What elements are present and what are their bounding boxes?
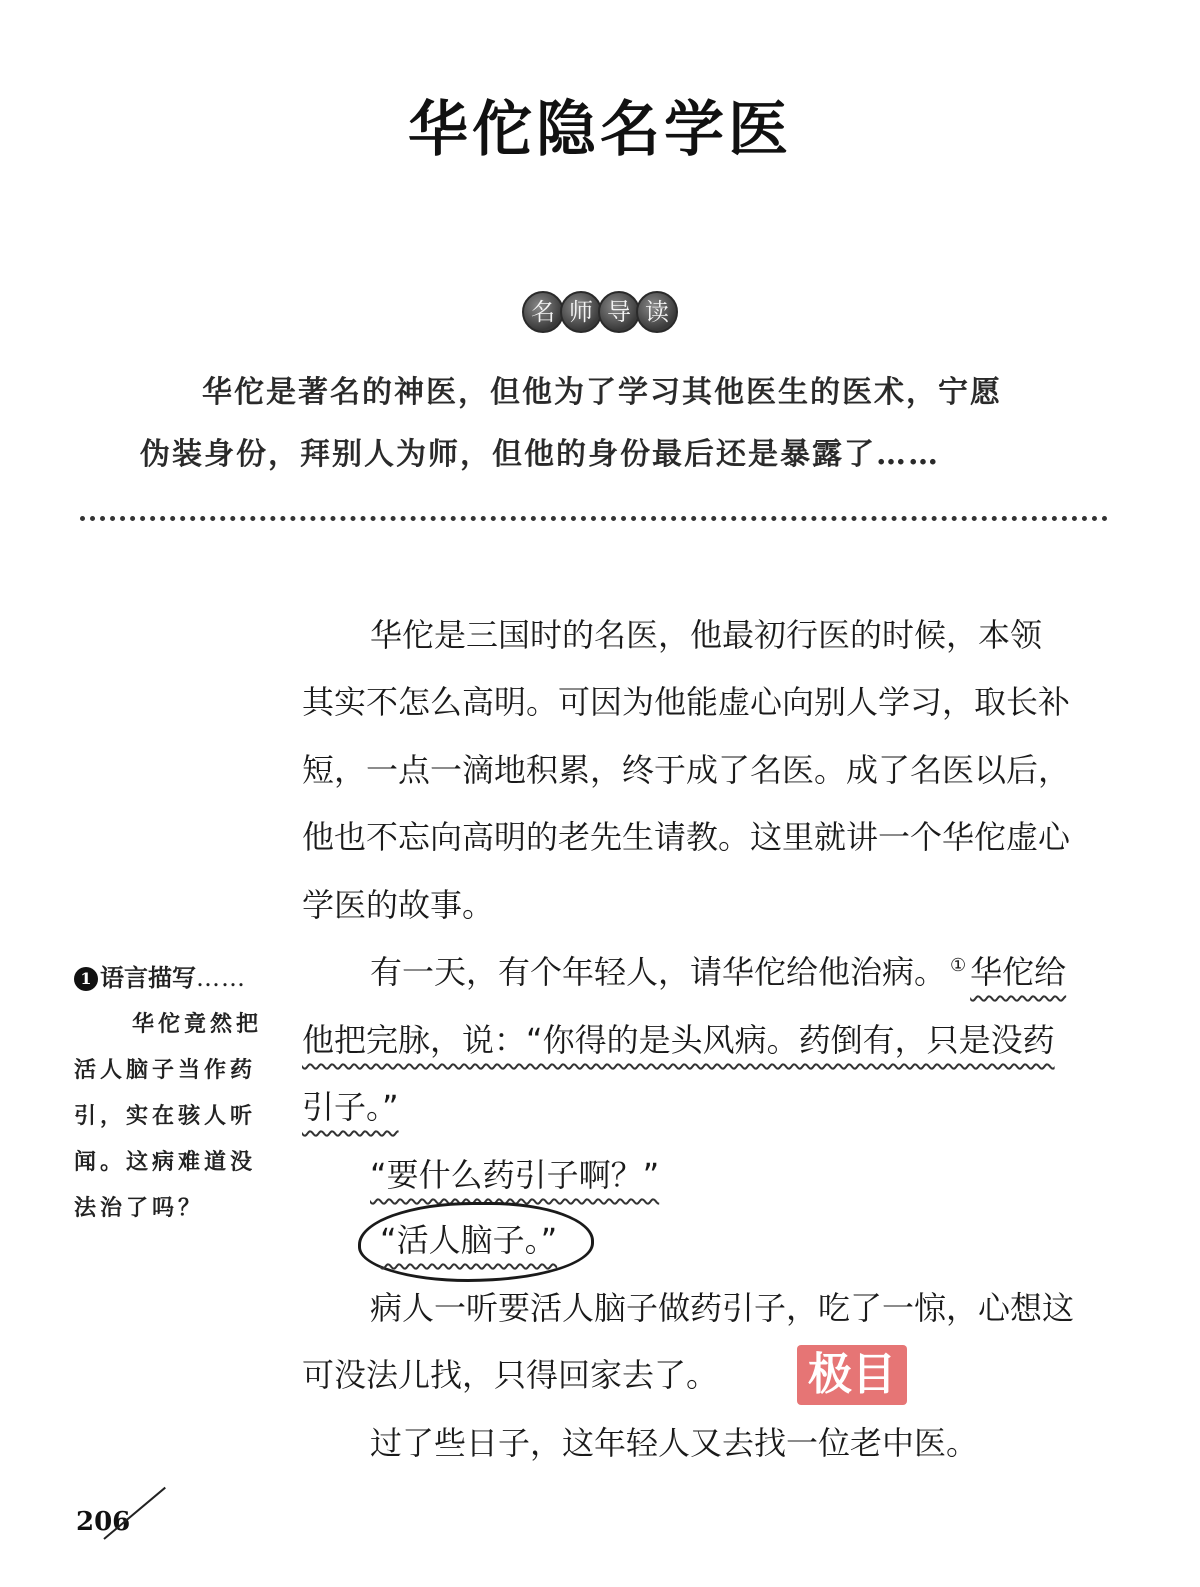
body-text: 有一天，有个年轻人，请华佗给他治病。 xyxy=(370,953,946,991)
body-line: 华佗是三国时的名医，他最初行医的时候，本领 xyxy=(370,610,1042,656)
annotation-line: 华佗竟然把 xyxy=(74,1001,279,1047)
annotated-line: 他把完脉，说：“你得的是头风病。药倒有，只是没药 xyxy=(302,1015,1055,1061)
intro-line: 伪装身份，拜别人为师，但他的身份最后还是暴露了…… xyxy=(140,424,1060,486)
section-divider xyxy=(80,516,1108,521)
dialog-line: “要什么药引子啊？” xyxy=(370,1150,659,1196)
teacher-guide-badge: 名 师 导 读 xyxy=(522,291,674,337)
annotation-dots: …… xyxy=(196,964,246,992)
body-line: 短，一点一滴地积累，终于成了名医。成了名医以后， xyxy=(302,745,1070,791)
body-line: 病人一听要活人脑子做药引子，吃了一惊，心想这 xyxy=(370,1283,1074,1329)
body-line: 可没法儿找，只得回家去了。 xyxy=(302,1350,718,1396)
annotation-line: 闻。这病难道没 xyxy=(74,1139,279,1185)
body-line: 学医的故事。 xyxy=(302,880,494,926)
annotation-line: 引，实在骇人听 xyxy=(74,1093,279,1139)
side-annotation: 1语言描写…… 华佗竟然把 活人脑子当作药 引，实在骇人听 闻。这病难道没 法治… xyxy=(74,955,279,1231)
footnote-marker: ① xyxy=(950,955,966,976)
annotated-text: 华佗给 xyxy=(970,953,1066,991)
intro-summary: 华佗是著名的神医，但他为了学习其他医生的医术，宁愿 伪装身份，拜别人为师，但他的… xyxy=(140,362,1060,486)
body-line: 其实不怎么高明。可因为他能虚心向别人学习，取长补 xyxy=(302,677,1070,723)
guide-badge-char: 名 xyxy=(522,291,564,333)
guide-badge-char: 师 xyxy=(560,291,602,333)
body-line: 他也不忘向高明的老先生请教。这里就讲一个华佗虚心 xyxy=(302,812,1070,858)
annotation-line: 法治了吗？ xyxy=(74,1185,279,1231)
watermark-logo: 极目 xyxy=(797,1345,907,1405)
annotated-line: 引子。” xyxy=(302,1082,399,1128)
annotation-line: 活人脑子当作药 xyxy=(74,1047,279,1093)
intro-line: 华佗是著名的神医，但他为了学习其他医生的医术，宁愿 xyxy=(140,362,1060,424)
annotation-heading: 1语言描写…… xyxy=(74,955,279,1001)
dialog-line: “活人脑子。” xyxy=(380,1215,557,1261)
guide-badge-char: 导 xyxy=(598,291,640,333)
body-line: 有一天，有个年轻人，请华佗给他治病。①华佗给 xyxy=(370,947,1066,993)
annotation-title: 语言描写 xyxy=(100,963,196,992)
page-title: 华佗隐名学医 xyxy=(0,82,1200,168)
body-line: 过了些日子，这年轻人又去找一位老中医。 xyxy=(370,1418,978,1464)
guide-badge-char: 读 xyxy=(636,291,678,333)
annotation-number: 1 xyxy=(74,967,98,991)
